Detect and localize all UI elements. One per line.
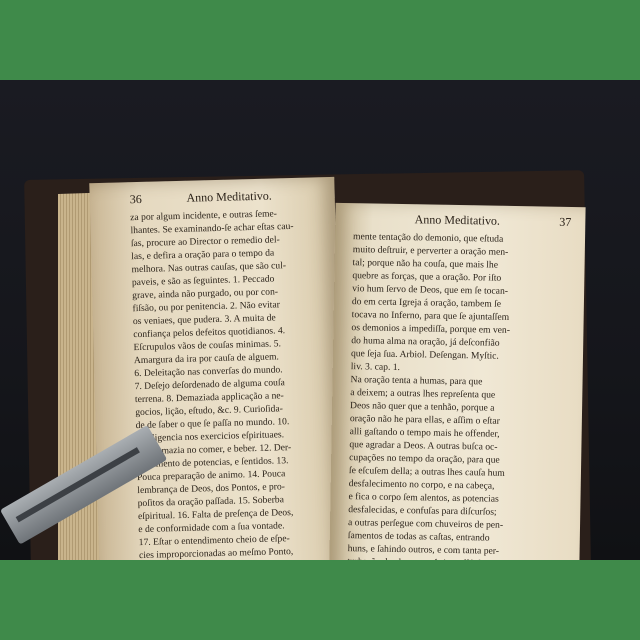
running-head: Anno Meditativo. — [186, 189, 272, 206]
left-page-text: za por algum incidente, e outras ſeme- l… — [90, 206, 345, 560]
page-number: 37 — [559, 215, 571, 230]
book-photo: 36 Anno Meditativo. za por algum inciden… — [0, 80, 640, 560]
running-head: Anno Meditativo. — [415, 212, 501, 228]
right-page-text: mente tentação do demonio, que eſtuda mu… — [329, 230, 586, 560]
page-number: 36 — [130, 192, 142, 207]
open-book: 36 Anno Meditativo. za por algum inciden… — [20, 175, 580, 560]
right-page: Anno Meditativo. 37 mente tentação do de… — [328, 203, 585, 560]
right-page-header: Anno Meditativo. 37 — [335, 203, 585, 234]
left-page: 36 Anno Meditativo. za por algum inciden… — [89, 177, 345, 560]
